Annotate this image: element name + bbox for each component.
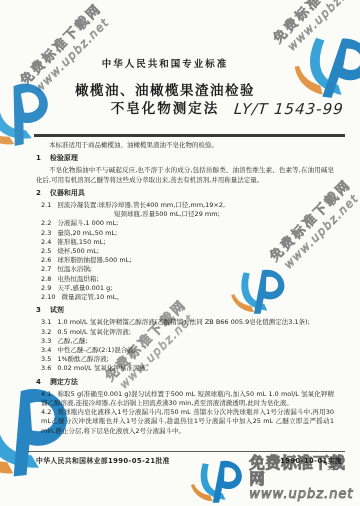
clause-text: 称取5 g(准确至0.001 g)混匀试样置于500 mL 短颈球瓶内,加入50… (41, 390, 334, 407)
clause-number: 2.7 (41, 265, 51, 273)
clause-text: 0.5 mol/L 氢氧化钾溶液; (57, 328, 131, 336)
clause-item: 2.7恒温水浴锅; (36, 265, 334, 274)
clause-text: 微量滴定管,10 mL。 (61, 293, 122, 301)
section-title: 试剂 (50, 306, 64, 314)
clause-number: 3.6 (41, 364, 51, 372)
document-body: 本标准适用于商品橄榄油、油橄榄果渣油不皂化物的检验。 1检验原理不皂化物指油中不… (36, 141, 334, 436)
clause-number: 3.3 (41, 337, 51, 345)
section-heading: 1检验原理 (36, 154, 334, 163)
section-title: 仪器和用具 (50, 189, 85, 197)
clause-number: 2.9 (41, 284, 51, 292)
clause-item: 2.8电热恒温烘箱; (36, 275, 334, 284)
clause-item: 4.2将球瓶内皂化液移入1号分液漏斗内,用50 mL 蒸馏水分次冲洗球瓶并入1号… (36, 408, 334, 436)
upbz-logo-icon (186, 456, 245, 506)
clause-item: 3.3乙醇,乙醚; (36, 337, 334, 346)
standard-title-line1: 橄榄油、油橄榄果渣油检验 (0, 79, 330, 99)
clause-text: 锥形瓶,150 mL; (57, 238, 105, 246)
section-number: 3 (36, 306, 41, 314)
clause-text: 烧杯,500 mL; (57, 247, 99, 255)
clause-number: 3.5 (41, 355, 51, 363)
footer-rule (28, 451, 345, 452)
section-paragraph: 不皂化物指油中不与碱起反应,也不溶于水的成分,包括甾醇类、油溶性维生素、色素等,… (36, 166, 334, 184)
clause-number: 3.2 (41, 328, 51, 336)
clause-number: 3.1 (41, 318, 51, 326)
clause-text: 将球瓶内皂化液移入1号分液漏斗内,用50 mL 蒸馏水分次冲洗球瓶并入1号分液漏… (41, 408, 334, 434)
clause-item: 2.5烧杯,500 mL; (36, 247, 334, 256)
clause-text: 乙醇,乙醚; (57, 337, 87, 345)
clause-number: 2.6 (41, 256, 51, 264)
page-number: 33 (327, 466, 334, 472)
clause-text: 恒温水浴锅; (57, 265, 92, 273)
clause-number: 2.10 (41, 293, 55, 301)
clause-item: 2.1回流冷凝装置:球形冷却器,管长400 mm,口径,mm,19×2, (36, 201, 334, 210)
clause-text: 分液漏斗,1 000 mL; (57, 219, 118, 227)
standard-org-line: 中华人民共和国专业标准 (0, 56, 330, 70)
clause-text: 回流冷凝装置:球形冷却器,管长400 mm,口径,mm,19×2, (57, 201, 225, 209)
clause-item: 3.4中性乙醚-乙醇(2:1)混合液; (36, 346, 334, 355)
clause-text: 0.02 mol/L 氢氧化钾标准溶液。 (57, 364, 152, 372)
clause-item: 2.3量筒,20 mL,50 mL; (36, 229, 334, 238)
clause-item: 3.20.5 mol/L 氢氧化钾溶液; (36, 328, 334, 337)
clause-number: 2.8 (41, 275, 51, 283)
clause-text: 中性乙醚-乙醇(2:1)混合液; (57, 346, 136, 354)
section-number: 2 (36, 189, 41, 197)
clause-item: 2.9天平,感量0.001 g; (36, 284, 334, 293)
clause-number: 4.2 (41, 408, 51, 416)
clause-item: 2.2分液漏斗,1 000 mL; (36, 219, 334, 228)
header-rule (34, 134, 345, 137)
document-page: 免费标准下载网 www.upbz.net 免费标准下载网 www.upbz.ne… (0, 0, 360, 506)
clause-item: 2.10微量滴定管,10 mL。 (36, 293, 334, 302)
section-number: 4 (36, 378, 41, 386)
section-title: 检验原理 (50, 154, 78, 162)
clause-text: 球形脂肪抽提器,500 mL; (57, 256, 131, 264)
section-heading: 4测定方法 (36, 378, 334, 387)
intro-paragraph: 本标准适用于商品橄榄油、油橄榄果渣油不皂化物的检验。 (36, 141, 334, 150)
clause-item: 3.60.02 mol/L 氢氧化钾标准溶液。 (36, 364, 334, 373)
clause-item: 2.4锥形瓶,150 mL; (36, 238, 334, 247)
section-heading: 3试剂 (36, 306, 334, 315)
clause-number: 2.3 (41, 229, 51, 237)
clause-text: 天平,感量0.001 g; (57, 284, 112, 292)
clause-text: 量筒,20 mL,50 mL; (57, 229, 117, 237)
sections-container: 1检验原理不皂化物指油中不与碱起反应,也不溶于水的成分,包括甾醇类、油溶性维生素… (36, 154, 334, 436)
clause-number: 2.1 (41, 201, 51, 209)
clause-item: 4.1称取5 g(准确至0.001 g)混匀试样置于500 mL 短颈球瓶内,加… (36, 390, 334, 408)
section-number: 1 (36, 154, 41, 162)
clause-item: 3.11.0 mol/L 氢氧化钾精馏乙醇溶液(乙醇精馏方法同 ZB B66 0… (36, 318, 334, 327)
footer-implementation: 1990-10-01实施 (280, 455, 342, 465)
standard-code: LY/T 1543-99 (233, 100, 344, 118)
section-heading: 2仪器和用具 (36, 189, 334, 198)
clause-number: 2.4 (41, 238, 51, 246)
clause-text: 电热恒温烘箱; (57, 275, 98, 283)
clause-text: 1.0 mol/L 氢氧化钾精馏乙醇溶液(乙醇精馏方法同 ZB B66 005.… (57, 318, 309, 326)
clause-number: 4.1 (41, 390, 51, 398)
clause-text: 1%酚酞乙醇溶液; (57, 355, 109, 363)
clause-number: 2.5 (41, 247, 51, 255)
section-title: 测定方法 (50, 378, 78, 386)
clause-number: 2.2 (41, 219, 51, 227)
watermark-site-url: www.upbz.net (249, 488, 360, 501)
footer-approval: 中华人民共和国林业部1990-05-21批准 (36, 455, 170, 465)
clause-number: 3.4 (41, 346, 51, 354)
